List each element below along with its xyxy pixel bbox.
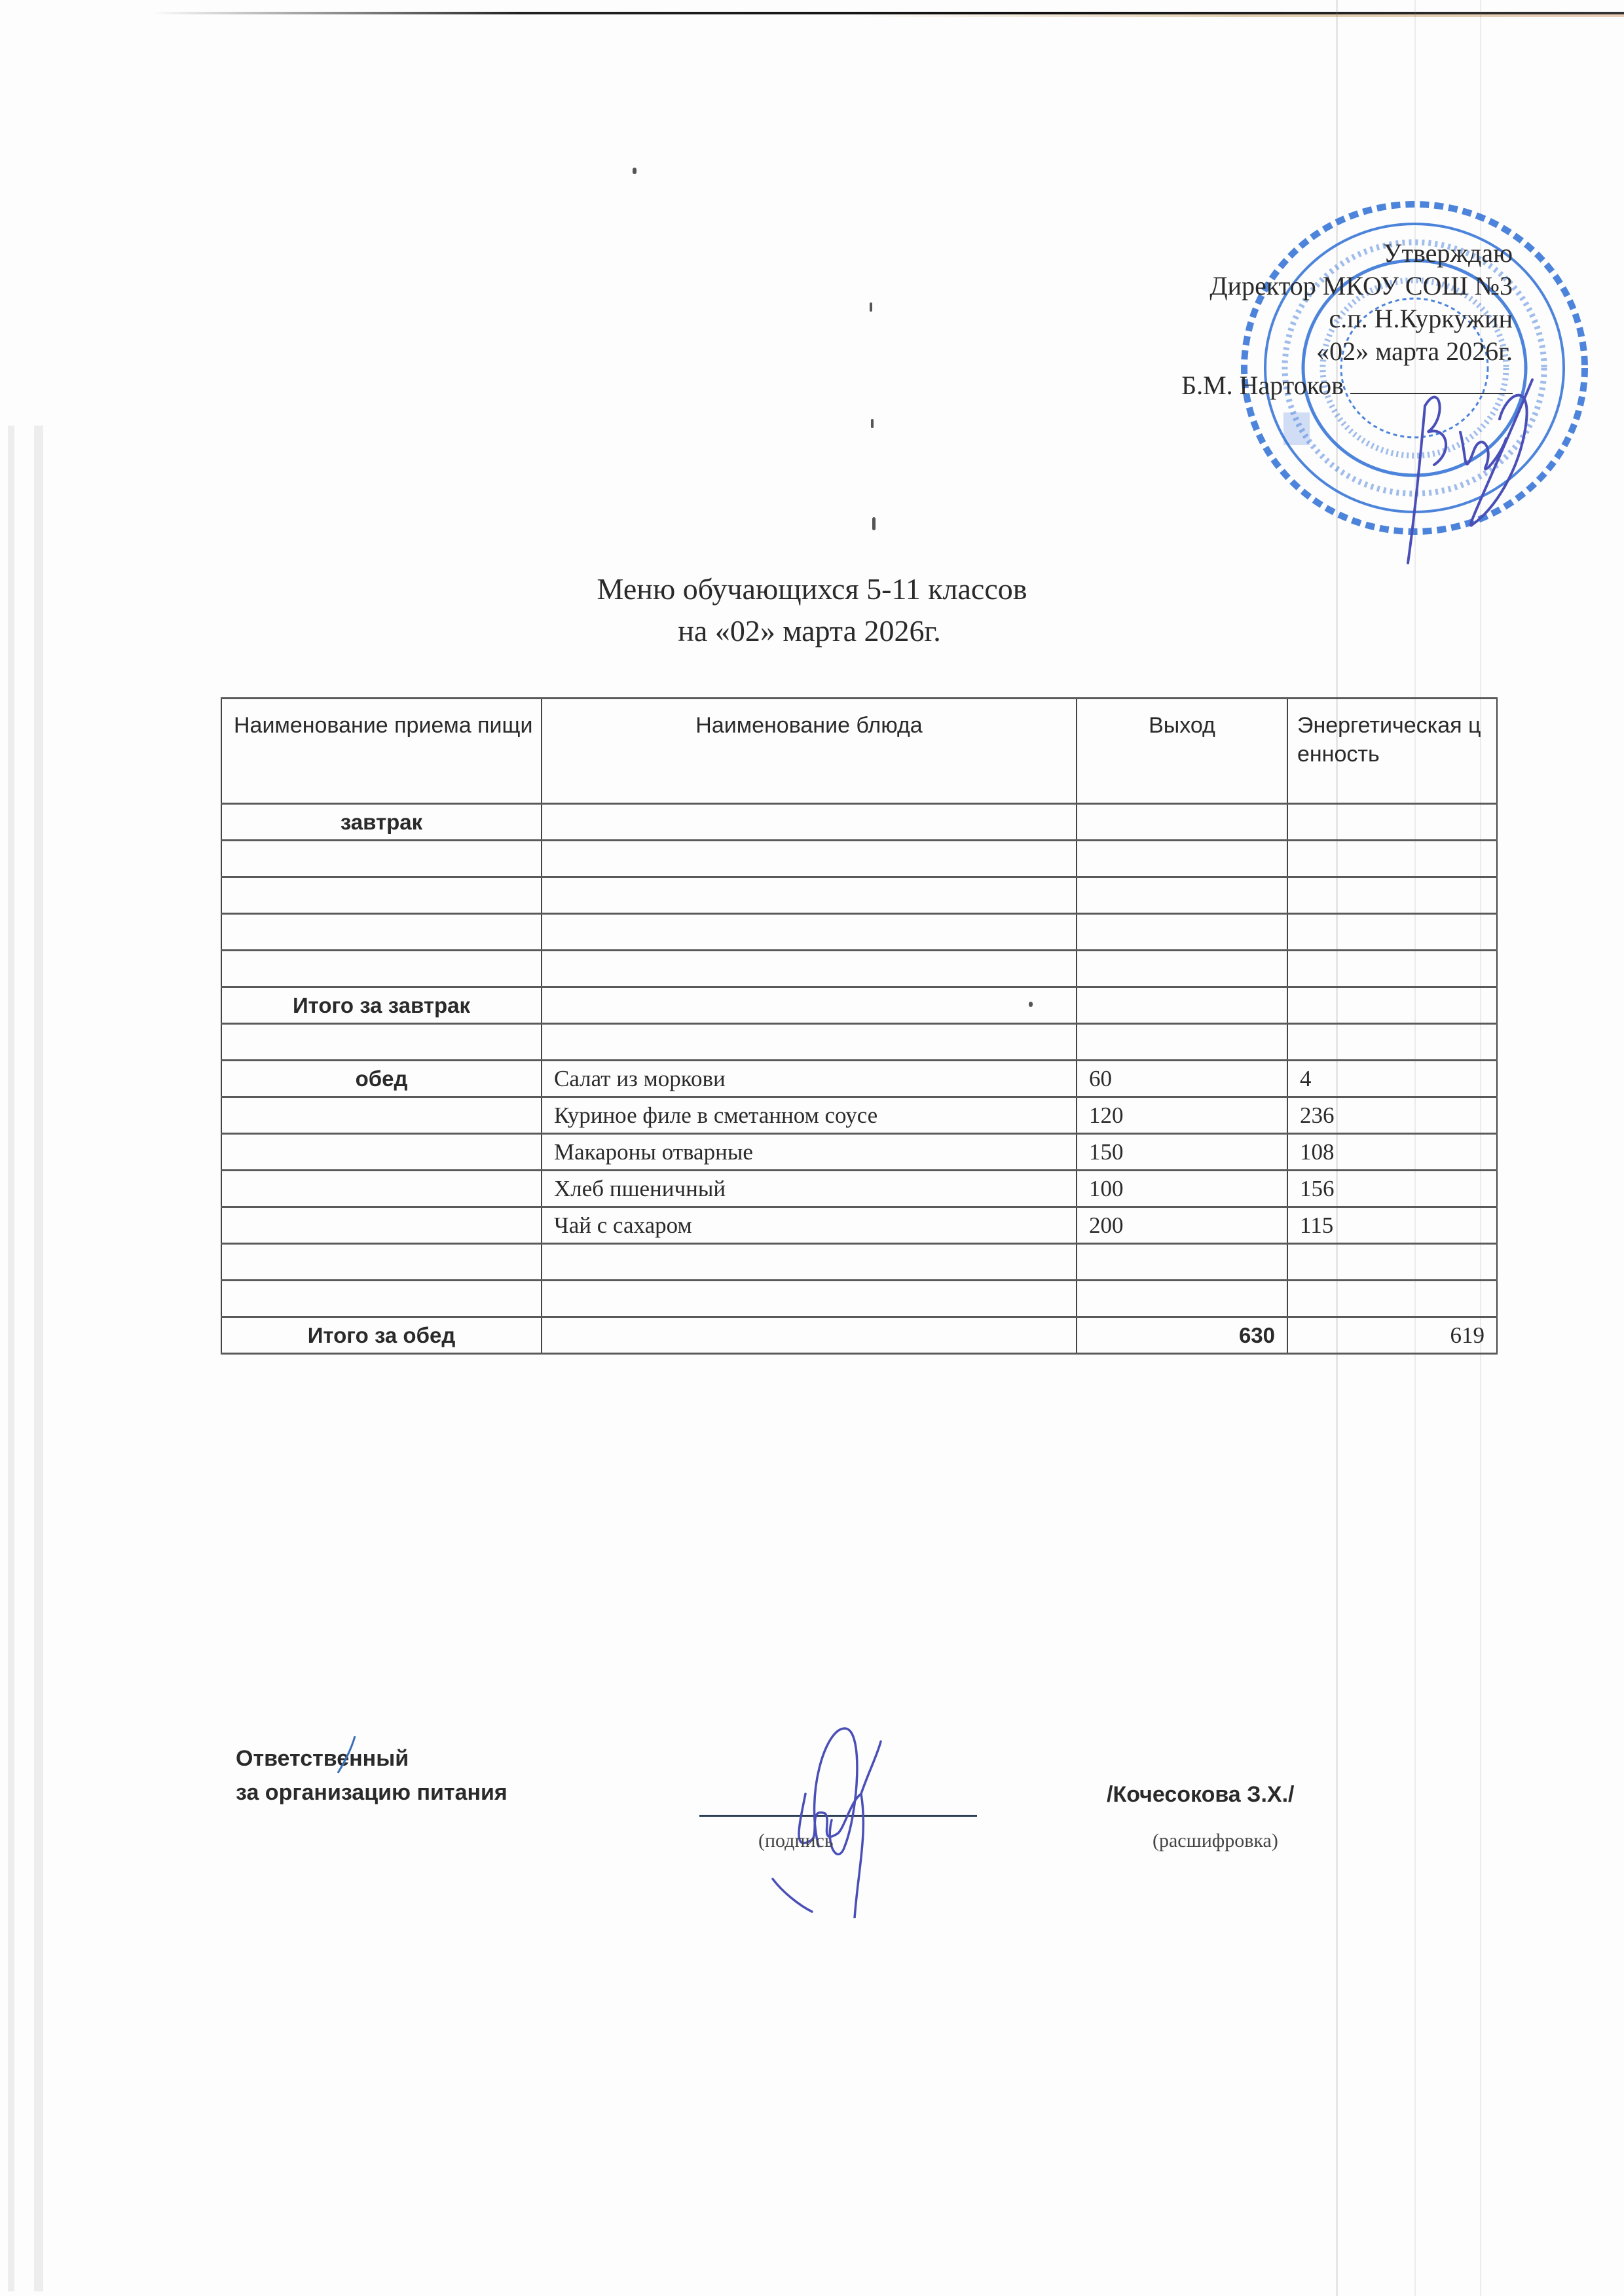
cell-yield	[1077, 1281, 1287, 1317]
cell-dish	[542, 1281, 1077, 1317]
table-row	[221, 951, 1497, 987]
signature-caption: (подпись	[758, 1830, 834, 1852]
cell-dish	[542, 914, 1077, 951]
cell-energy	[1287, 841, 1497, 877]
approver-name: Б.М. Нартоков	[1181, 371, 1344, 400]
cell-meal	[221, 1097, 542, 1134]
cell-energy	[1287, 877, 1497, 914]
cell-yield: 200	[1077, 1207, 1287, 1244]
document-title: Меню обучающихся 5-11 классов на «02» ма…	[0, 568, 1624, 652]
approver-position: Директор МКОУ СОШ №3	[1181, 270, 1513, 302]
table-total-row: Итого за обед630619	[221, 1317, 1497, 1354]
scan-streak	[8, 426, 14, 2291]
header-yield: Выход	[1077, 699, 1287, 804]
cell-energy	[1287, 987, 1497, 1024]
cell-dish: Макароны отварные	[542, 1134, 1077, 1171]
menu-table: Наименование приема пищи Наименование бл…	[221, 697, 1498, 1355]
cell-dish	[542, 1317, 1077, 1354]
cell-energy	[1287, 1281, 1497, 1317]
cell-dish: Чай с сахаром	[542, 1207, 1077, 1244]
cell-meal	[221, 951, 542, 987]
cell-meal	[221, 1171, 542, 1207]
cell-energy: 236	[1287, 1097, 1497, 1134]
table-body: завтракИтого за завтракобедСалат из морк…	[221, 804, 1497, 1354]
table-row	[221, 841, 1497, 877]
cell-yield: 630	[1077, 1317, 1287, 1354]
table-row: Макароны отварные150108	[221, 1134, 1497, 1171]
table-row	[221, 877, 1497, 914]
cell-meal	[221, 1134, 542, 1171]
responsible-label: Ответственный за организацию питания	[236, 1741, 507, 1810]
responsible-line-1: Ответственный	[236, 1741, 507, 1776]
cell-meal	[221, 841, 542, 877]
cell-energy: 619	[1287, 1317, 1497, 1354]
cell-dish	[542, 987, 1077, 1024]
cell-yield	[1077, 1244, 1287, 1281]
table-row	[221, 914, 1497, 951]
cell-energy	[1287, 914, 1497, 951]
cell-dish	[542, 1024, 1077, 1061]
table-row: завтрак	[221, 804, 1497, 841]
cell-dish	[542, 1244, 1077, 1281]
scan-edge-artifact	[851, 14, 1624, 17]
cell-meal	[221, 1244, 542, 1281]
cell-energy	[1287, 951, 1497, 987]
cell-yield: 150	[1077, 1134, 1287, 1171]
table-row	[221, 1024, 1497, 1061]
cell-meal	[221, 914, 542, 951]
cell-meal: обед	[221, 1061, 542, 1097]
cell-meal: Итого за обед	[221, 1317, 542, 1354]
name-caption: (расшифровка)	[1153, 1830, 1278, 1852]
scan-speck	[871, 419, 874, 428]
cell-dish	[542, 951, 1077, 987]
cell-dish: Хлеб пшеничный	[542, 1171, 1077, 1207]
header-dish: Наименование блюда	[542, 699, 1077, 804]
pen-mark-icon	[335, 1735, 361, 1774]
cell-meal	[221, 877, 542, 914]
cell-dish	[542, 877, 1077, 914]
cell-meal	[221, 1281, 542, 1317]
cell-yield	[1077, 1024, 1287, 1061]
responsible-line-2: за организацию питания	[236, 1776, 507, 1810]
cell-dish	[542, 841, 1077, 877]
cell-meal: завтрак	[221, 804, 542, 841]
scan-speck	[870, 302, 872, 312]
cell-yield	[1077, 951, 1287, 987]
scan-streak	[34, 426, 43, 2291]
cell-yield	[1077, 987, 1287, 1024]
cell-dish: Куриное филе в сметанном соусе	[542, 1097, 1077, 1134]
table-row	[221, 1244, 1497, 1281]
approver-locality: с.п. Н.Куркужин	[1181, 302, 1513, 335]
header-energy: Энергетическая ценность	[1287, 699, 1497, 804]
cell-yield: 120	[1077, 1097, 1287, 1134]
table-header-row: Наименование приема пищи Наименование бл…	[221, 699, 1497, 804]
cell-yield	[1077, 804, 1287, 841]
responsible-name: /Кочесокова З.Х./	[1107, 1782, 1294, 1808]
cell-energy	[1287, 1244, 1497, 1281]
cell-energy: 156	[1287, 1171, 1497, 1207]
cell-energy: 108	[1287, 1134, 1497, 1171]
director-signature-icon	[1401, 354, 1539, 570]
table-total-row: Итого за завтрак	[221, 987, 1497, 1024]
responsible-signature-icon	[747, 1715, 936, 1918]
cell-energy	[1287, 1024, 1497, 1061]
table-row: обедСалат из моркови604	[221, 1061, 1497, 1097]
cell-yield	[1077, 841, 1287, 877]
scan-speck	[633, 168, 637, 174]
cell-meal	[221, 1207, 542, 1244]
title-line-1: Меню обучающихся 5-11 классов	[0, 568, 1624, 610]
cell-dish: Салат из моркови	[542, 1061, 1077, 1097]
cell-meal	[221, 1024, 542, 1061]
table-row: Хлеб пшеничный100156	[221, 1171, 1497, 1207]
cell-energy	[1287, 804, 1497, 841]
table-row: Куриное филе в сметанном соусе120236	[221, 1097, 1497, 1134]
cell-meal: Итого за завтрак	[221, 987, 542, 1024]
table-row: Чай с сахаром200115	[221, 1207, 1497, 1244]
table-row	[221, 1281, 1497, 1317]
cell-energy: 4	[1287, 1061, 1497, 1097]
cell-yield	[1077, 877, 1287, 914]
cell-energy: 115	[1287, 1207, 1497, 1244]
cell-yield	[1077, 914, 1287, 951]
cell-dish	[542, 804, 1077, 841]
cell-yield: 100	[1077, 1171, 1287, 1207]
title-line-2: на «02» марта 2026г.	[0, 610, 1621, 652]
header-meal: Наименование приема пищи	[221, 699, 542, 804]
scan-speck	[872, 517, 876, 530]
approval-heading: Утверждаю	[1181, 237, 1513, 270]
cell-yield: 60	[1077, 1061, 1287, 1097]
